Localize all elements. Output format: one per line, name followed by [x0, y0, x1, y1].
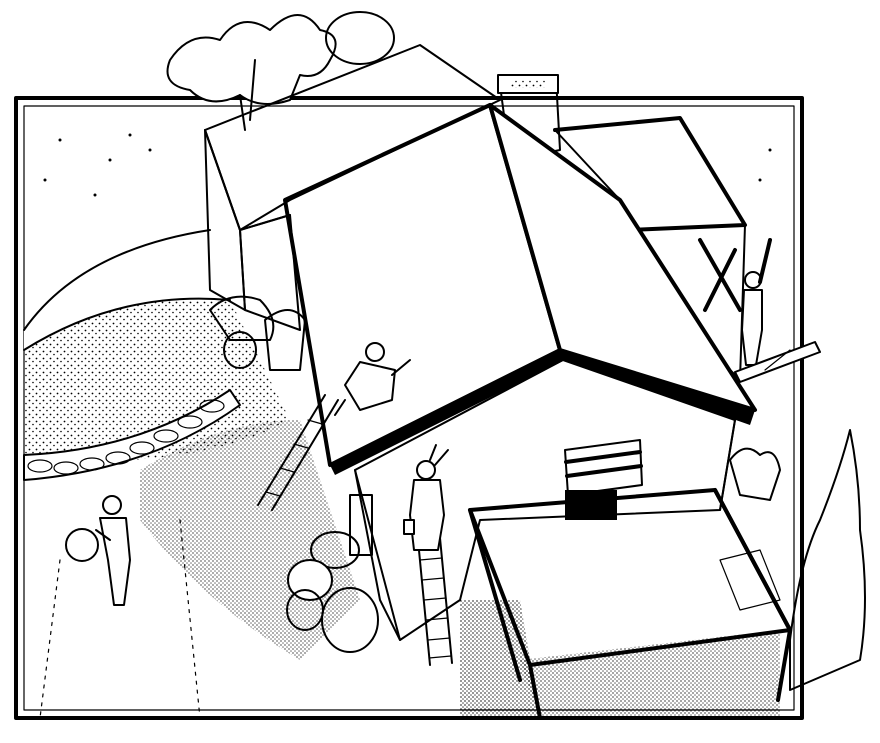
- yard-ground: [140, 420, 780, 718]
- tree: [168, 15, 336, 130]
- person-carrying-bag: [66, 496, 130, 605]
- round-shrub: [326, 12, 394, 64]
- worker-on-roof: [335, 343, 410, 415]
- worker-on-ladder: [404, 445, 448, 550]
- worker-at-framing: [742, 240, 770, 365]
- main-roof: [285, 105, 755, 475]
- attic-vent: [565, 440, 642, 520]
- house-renovation-illustration: [0, 0, 880, 743]
